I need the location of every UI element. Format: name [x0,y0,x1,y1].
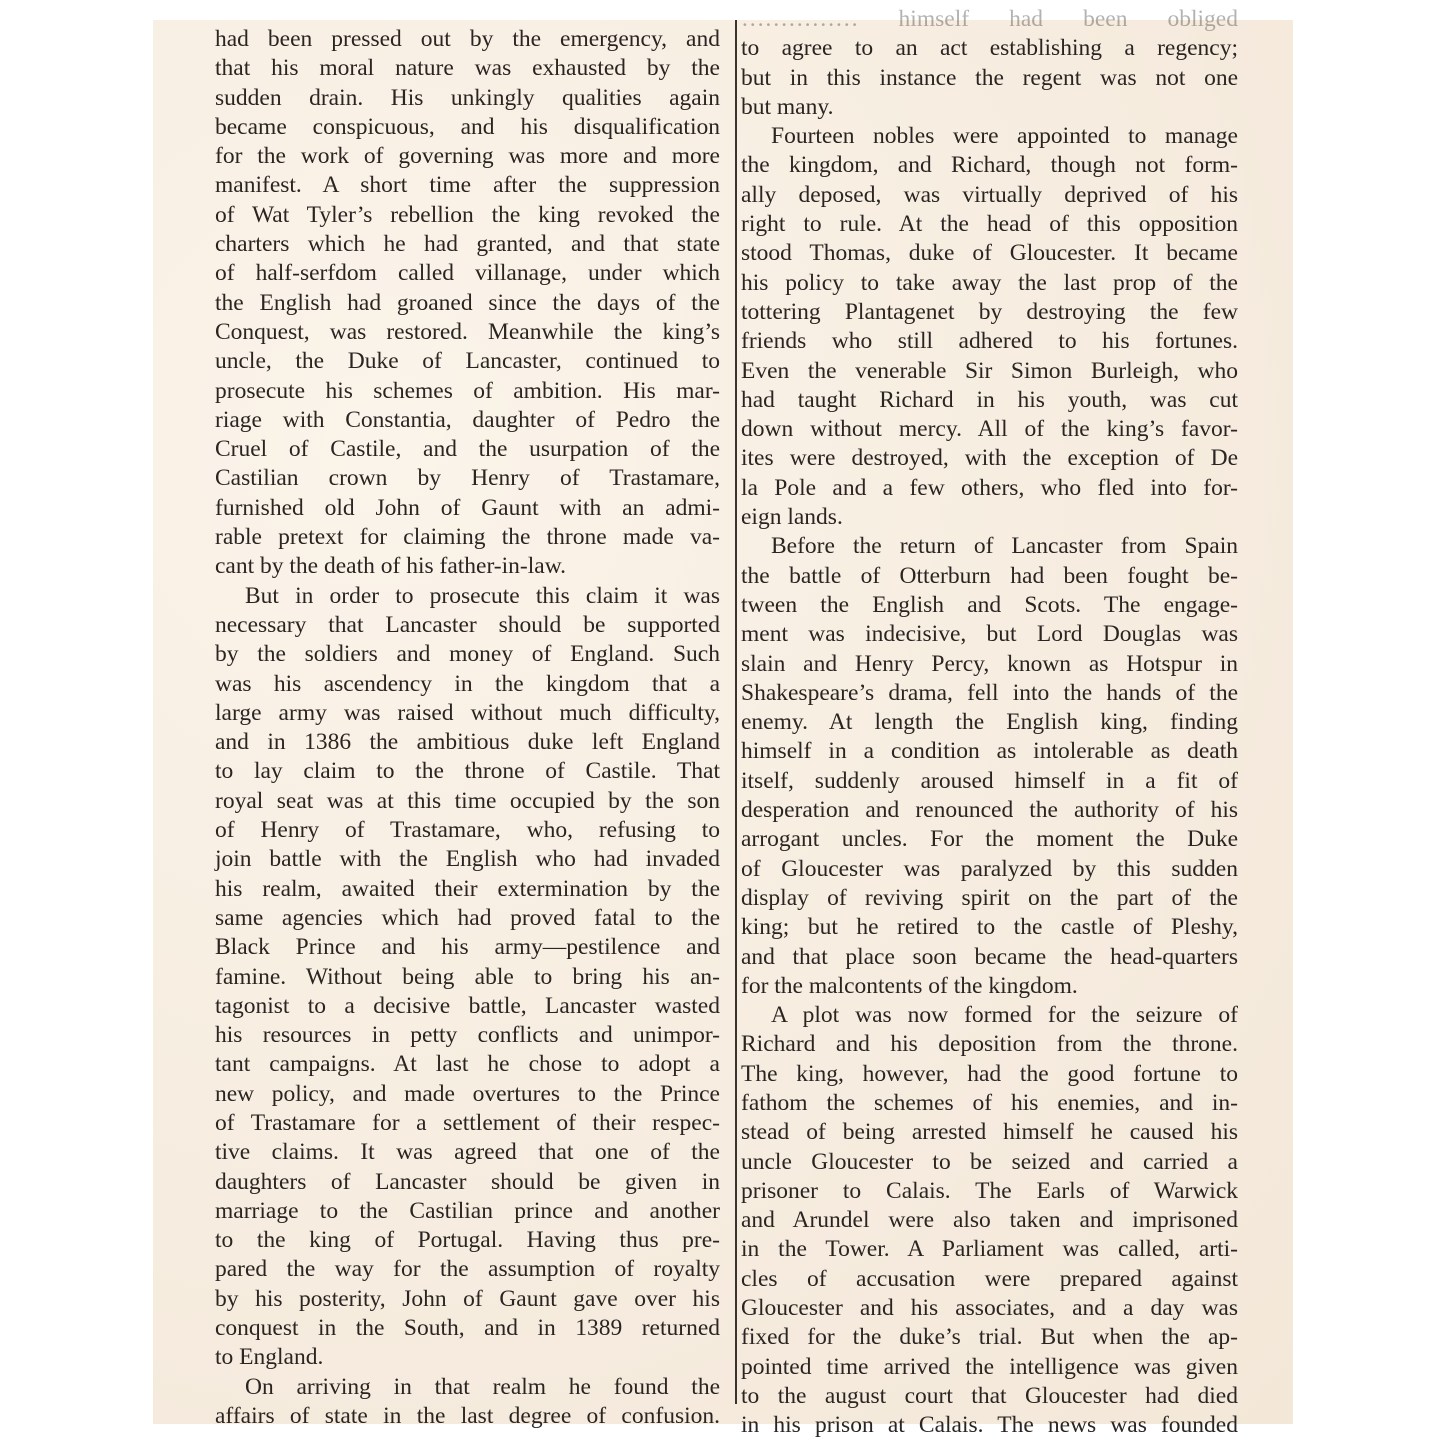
text-line: famine. Without being able to bring his … [215,963,720,992]
right-column: …………… himself had been obliged to agree … [741,5,1238,1441]
text-line: Castilian crown by Henry of Trastamare, [215,464,720,493]
text-line: was his ascendency in the kingdom that a [215,670,720,699]
text-line: cles of accusation were prepared against [741,1265,1238,1294]
text-line: for the work of governing was more and m… [215,142,720,171]
text-line: his policy to take away the last prop of… [741,269,1238,298]
text-line: and that place soon became the head-quar… [741,943,1238,972]
text-line: the battle of Otterburn had been fought … [741,562,1238,591]
text-line: had taught Richard in his youth, was cut [741,386,1238,415]
text-line: furnished old John of Gaunt with an admi… [215,494,720,523]
text-line: enemy. At length the English king, findi… [741,708,1238,737]
column-divider [735,20,737,1404]
text-line: that his moral nature was exhausted by t… [215,54,720,83]
text-line-cropped: …………… himself had been obliged [741,5,1238,34]
text-line: same agencies which had proved fatal to … [215,904,720,933]
text-line: tagonist to a decisive battle, Lancaster… [215,992,720,1021]
text-line: to agree to an act establishing a regenc… [741,34,1238,63]
text-line: riage with Constantia, daughter of Pedro… [215,406,720,435]
text-line: king; but he retired to the castle of Pl… [741,913,1238,942]
text-line: to the king of Portugal. Having thus pre… [215,1226,720,1255]
text-line: to England. [215,1343,720,1372]
text-line: uncle, the Duke of Lancaster, continued … [215,347,720,376]
text-line: ally deposed, was virtually deprived of … [741,181,1238,210]
text-line: uncle Gloucester to be seized and carrie… [741,1148,1238,1177]
text-line: itself, suddenly aroused himself in a fi… [741,767,1238,796]
text-line: manifest. A short time after the suppres… [215,171,720,200]
text-line: but in this instance the regent was not … [741,64,1238,93]
paragraph-start: On arriving in that realm he found the [215,1373,720,1402]
left-column: had been pressed out by the emergency, a… [215,25,720,1431]
paragraph-start: Before the return of Lancaster from Spai… [741,532,1238,561]
text-line: and in 1386 the ambitious duke left Engl… [215,728,720,757]
text-line: had been pressed out by the emergency, a… [215,25,720,54]
text-line: prisoner to Calais. The Earls of Warwick [741,1177,1238,1206]
text-line: to the august court that Gloucester had … [741,1382,1238,1411]
text-line: and Arundel were also taken and imprison… [741,1206,1238,1235]
text-line: fixed for the duke’s trial. But when the… [741,1323,1238,1352]
text-line: Conquest, was restored. Meanwhile the ki… [215,318,720,347]
text-line: affairs of state in the last degree of c… [215,1402,720,1431]
text-line: his resources in petty conflicts and uni… [215,1021,720,1050]
text-line: la Pole and a few others, who fled into … [741,474,1238,503]
text-line: Even the venerable Sir Simon Burleigh, w… [741,357,1238,386]
text-line: right to rule. At the head of this oppos… [741,210,1238,239]
text-line: to lay claim to the throne of Castile. T… [215,757,720,786]
text-line: the kingdom, and Richard, though not for… [741,151,1238,180]
text-line: The king, however, had the good fortune … [741,1060,1238,1089]
text-line: stead of being arrested himself he cause… [741,1118,1238,1147]
text-line: cant by the death of his father-in-law. [215,552,720,581]
text-line: rable pretext for claiming the throne ma… [215,523,720,552]
text-line: tween the English and Scots. The engage- [741,591,1238,620]
text-line: Richard and his deposition from the thro… [741,1030,1238,1059]
text-line: marriage to the Castilian prince and ano… [215,1197,720,1226]
text-line: by his posterity, John of Gaunt gave ove… [215,1285,720,1314]
text-line: join battle with the English who had inv… [215,845,720,874]
text-line: sudden drain. His unkingly qualities aga… [215,84,720,113]
text-line: tant campaigns. At last he chose to adop… [215,1050,720,1079]
book-page: had been pressed out by the emergency, a… [153,20,1293,1424]
text-line: his realm, awaited their extermination b… [215,875,720,904]
text-line: eign lands. [741,503,1238,532]
text-line: in his prison at Calais. The news was fo… [741,1411,1238,1440]
text-line: tottering Plantagenet by destroying the … [741,298,1238,327]
text-line: by the soldiers and money of England. Su… [215,640,720,669]
text-line: large army was raised without much diffi… [215,699,720,728]
paragraph-start: But in order to prosecute this claim it … [215,582,720,611]
text-line: Cruel of Castile, and the usurpation of … [215,435,720,464]
text-line: pointed time arrived the intelligence wa… [741,1353,1238,1382]
text-line: arrogant uncles. For the moment the Duke [741,825,1238,854]
text-line: of Gloucester was paralyzed by this sudd… [741,855,1238,884]
text-line: Shakespeare’s drama, fell into the hands… [741,679,1238,708]
text-line: prosecute his schemes of ambition. His m… [215,377,720,406]
text-line: Black Prince and his army—pestilence and [215,933,720,962]
text-line: tive claims. It was agreed that one of t… [215,1138,720,1167]
text-line: became conspicuous, and his disqualifica… [215,113,720,142]
text-line: slain and Henry Percy, known as Hotspur … [741,650,1238,679]
text-line: himself in a condition as intolerable as… [741,737,1238,766]
text-line: in the Tower. A Parliament was called, a… [741,1235,1238,1264]
text-line: fathom the schemes of his enemies, and i… [741,1089,1238,1118]
paragraph-start: A plot was now formed for the seizure of [741,1001,1238,1030]
text-line: but many. [741,93,1238,122]
text-line: desperation and renounced the authority … [741,796,1238,825]
text-line: the English had groaned since the days o… [215,289,720,318]
text-line: stood Thomas, duke of Gloucester. It bec… [741,239,1238,268]
text-line: display of reviving spirit on the part o… [741,884,1238,913]
text-line: conquest in the South, and in 1389 retur… [215,1314,720,1343]
text-line: of Wat Tyler’s rebellion the king revoke… [215,201,720,230]
text-line: royal seat was at this time occupied by … [215,787,720,816]
text-line: friends who still adhered to his fortune… [741,327,1238,356]
text-line: daughters of Lancaster should be given i… [215,1168,720,1197]
paragraph-start: Fourteen nobles were appointed to manage [741,122,1238,151]
text-line: ment was indecisive, but Lord Douglas wa… [741,620,1238,649]
text-line: necessary that Lancaster should be suppo… [215,611,720,640]
text-line: down without mercy. All of the king’s fa… [741,415,1238,444]
text-line: ites were destroyed, with the exception … [741,444,1238,473]
text-line: pared the way for the assumption of roya… [215,1255,720,1284]
text-line: of Henry of Trastamare, who, refusing to [215,816,720,845]
text-line: of half-serfdom called villanage, under … [215,259,720,288]
text-line: new policy, and made overtures to the Pr… [215,1080,720,1109]
text-line: Gloucester and his associates, and a day… [741,1294,1238,1323]
text-line: for the malcontents of the kingdom. [741,972,1238,1001]
text-line: charters which he had granted, and that … [215,230,720,259]
text-line: of Trastamare for a settlement of their … [215,1109,720,1138]
